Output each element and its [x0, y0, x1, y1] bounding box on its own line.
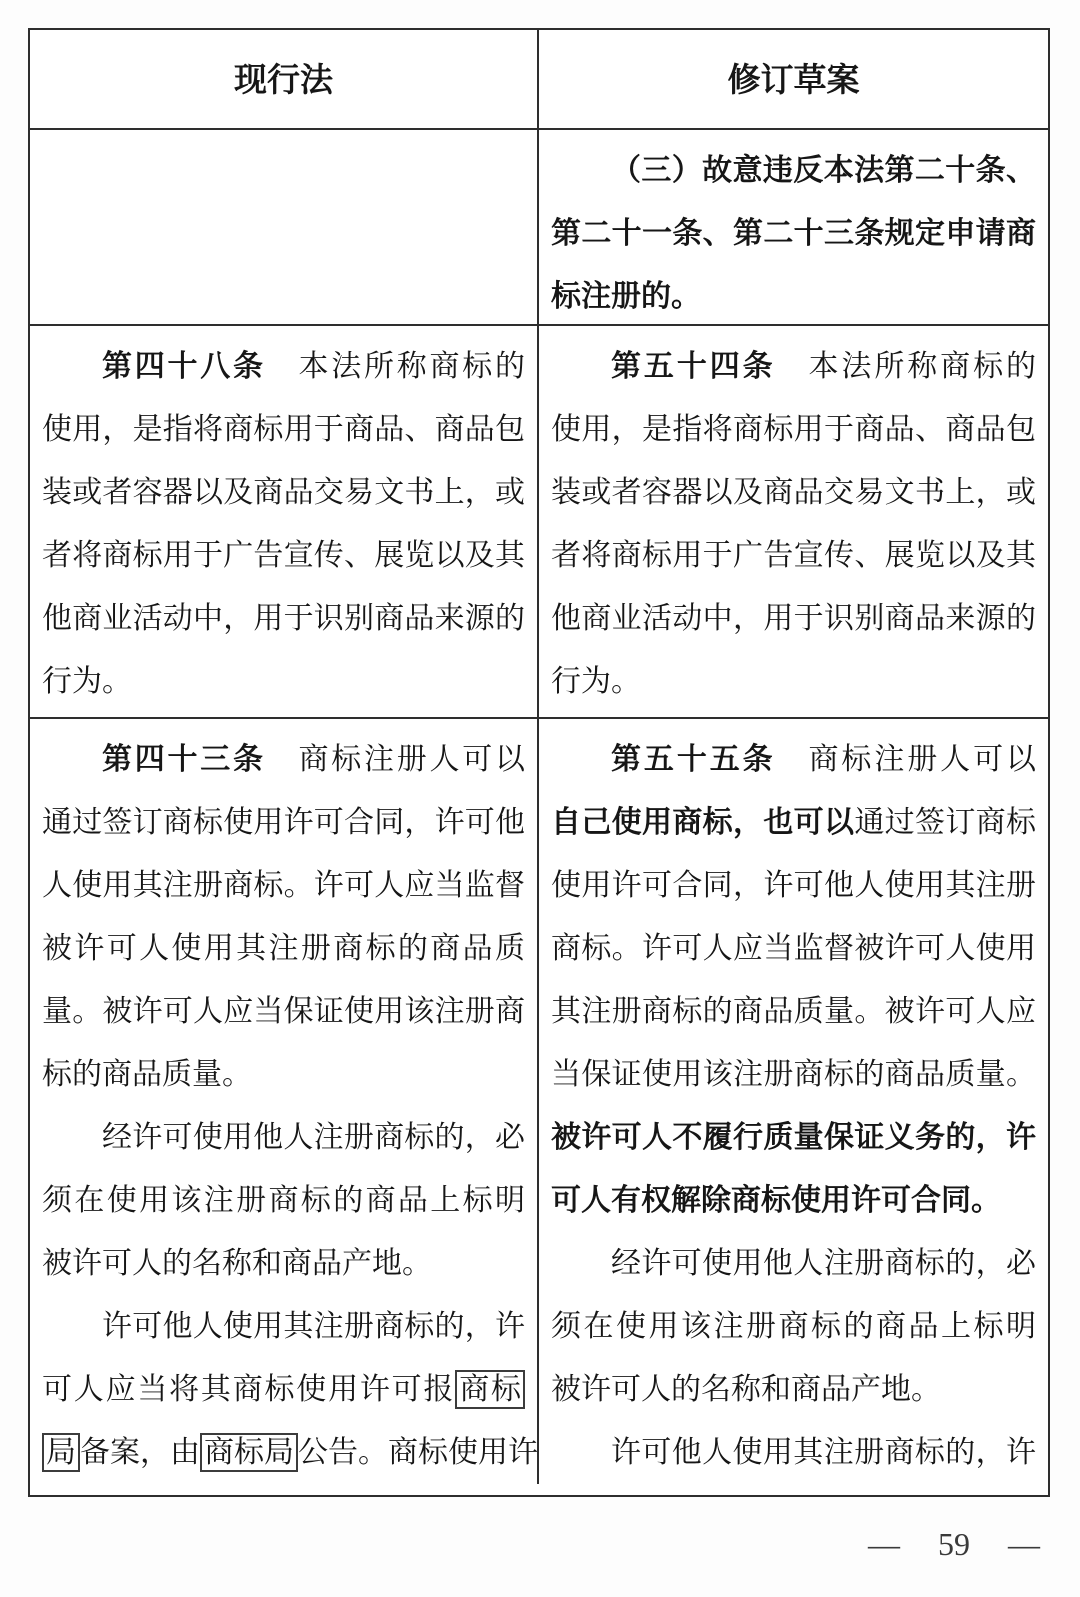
- text-line: 第四十八条 本法所称商标的: [42, 335, 525, 398]
- paragraph: 第五十四条 本法所称商标的使用，是指将商标用于商品、商品包装或者容器以及商品交易…: [551, 335, 1036, 713]
- page-number: 59: [938, 1526, 970, 1563]
- text-line: （三）故意违反本法第二十条、: [551, 139, 1036, 202]
- text-line: 自己使用商标，也可以通过签订商标: [551, 791, 1036, 854]
- text-line: 他商业活动中，用于识别商品来源的: [551, 587, 1036, 650]
- text-run: 许可他人使用其注册商标的，许: [102, 1310, 525, 1343]
- paragraph: （三）故意违反本法第二十条、第二十一条、第二十三条规定申请商标注册的。: [551, 139, 1036, 328]
- text-run: 装或者容器以及商品交易文书上，或: [551, 476, 1036, 509]
- text-line: 当保证使用该注册商标的商品质量。: [551, 1043, 1036, 1106]
- text-run: 当保证使用该注册商标的商品质量。: [551, 1058, 1036, 1091]
- text-line: 第四十三条 商标注册人可以: [42, 728, 525, 791]
- text-line: 装或者容器以及商品交易文书上，或: [551, 461, 1036, 524]
- boxed-deleted-text: 商标局: [200, 1433, 298, 1472]
- text-run: 被许可人的名称和商品产地。: [42, 1247, 432, 1280]
- footer-dash-left: —: [868, 1526, 900, 1563]
- bold-run: 第五十四条: [611, 350, 776, 383]
- text-run: 人使用其注册商标。许可人应当监督: [42, 869, 525, 902]
- text-line: 使用，是指将商标用于商品、商品包: [551, 398, 1036, 461]
- table-row: （三）故意违反本法第二十条、第二十一条、第二十三条规定申请商标注册的。: [30, 130, 1048, 326]
- paragraph: 第四十三条 商标注册人可以通过签订商标使用许可合同，许可他人使用其注册商标。许可…: [42, 728, 525, 1106]
- cell-current-law: 第四十三条 商标注册人可以通过签订商标使用许可合同，许可他人使用其注册商标。许可…: [30, 719, 539, 1484]
- text-run: 本法所称商标的: [776, 350, 1036, 383]
- text-line: 使用许可合同，许可他人使用其注册: [551, 854, 1036, 917]
- table-body: （三）故意违反本法第二十条、第二十一条、第二十三条规定申请商标注册的。第四十八条…: [30, 130, 1048, 1484]
- text-run: 本法所称商标的: [266, 350, 525, 383]
- text-line: 被许可人的名称和商品产地。: [42, 1232, 525, 1295]
- text-run: 行为。: [42, 665, 132, 698]
- text-run: 许可他人使用其注册商标的，许: [611, 1436, 1036, 1469]
- table-row: 第四十八条 本法所称商标的使用，是指将商标用于商品、商品包装或者容器以及商品交易…: [30, 326, 1048, 719]
- text-run: 者将商标用于广告宣传、展览以及其: [42, 539, 525, 572]
- text-run: 使用许可合同，许可他人使用其注册: [551, 869, 1036, 902]
- text-line: 经许可使用他人注册商标的，必: [42, 1106, 525, 1169]
- text-line: 行为。: [551, 650, 1036, 713]
- text-run: 备案，由: [80, 1436, 200, 1469]
- text-line: 可人有权解除商标使用许可合同。: [551, 1169, 1036, 1232]
- text-line: 他商业活动中，用于识别商品来源的: [42, 587, 525, 650]
- bold-run: 第四十八条: [102, 350, 266, 383]
- text-line: 须在使用该注册商标的商品上标明: [551, 1295, 1036, 1358]
- text-line: 被许可人的名称和商品产地。: [551, 1358, 1036, 1421]
- paragraph: 第五十五条 商标注册人可以自己使用商标，也可以通过签订商标使用许可合同，许可他人…: [551, 728, 1036, 1232]
- comparison-table: 现行法 修订草案 （三）故意违反本法第二十条、第二十一条、第二十三条规定申请商标…: [28, 28, 1050, 1497]
- text-line: 第二十一条、第二十三条规定申请商: [551, 202, 1036, 265]
- text-line: 商标。许可人应当监督被许可人使用: [551, 917, 1036, 980]
- text-run: 公告。商标使用许: [298, 1436, 538, 1469]
- bold-run: 第二十一条、第二十三条规定申请商: [551, 217, 1036, 250]
- text-line: 局备案，由商标局公告。商标使用许: [42, 1421, 525, 1484]
- text-line: 第五十四条 本法所称商标的: [551, 335, 1036, 398]
- bold-run: 标注册的。: [551, 280, 701, 313]
- text-run: 通过签订商标使用许可合同，许可他: [42, 806, 525, 839]
- cell-current-law: [30, 130, 539, 324]
- text-run: 装或者容器以及商品交易文书上，或: [42, 476, 525, 509]
- text-line: 使用，是指将商标用于商品、商品包: [42, 398, 525, 461]
- text-line: 者将商标用于广告宣传、展览以及其: [42, 524, 525, 587]
- cell-revised-draft: 第五十五条 商标注册人可以自己使用商标，也可以通过签订商标使用许可合同，许可他人…: [539, 719, 1048, 1484]
- text-run: 经许可使用他人注册商标的，必: [102, 1121, 525, 1154]
- paragraph: 第四十八条 本法所称商标的使用，是指将商标用于商品、商品包装或者容器以及商品交易…: [42, 335, 525, 713]
- text-run: 标的商品质量。: [42, 1058, 252, 1091]
- boxed-deleted-text: 局: [42, 1433, 80, 1472]
- text-line: 标的商品质量。: [42, 1043, 525, 1106]
- paragraph: 许可他人使用其注册商标的，许: [551, 1421, 1036, 1484]
- text-line: 经许可使用他人注册商标的，必: [551, 1232, 1036, 1295]
- text-run: 使用，是指将商标用于商品、商品包: [551, 413, 1036, 446]
- text-run: 行为。: [551, 665, 641, 698]
- text-run: 须在使用该注册商标的商品上标明: [42, 1184, 525, 1217]
- text-run: 他商业活动中，用于识别商品来源的: [551, 602, 1036, 635]
- text-run: 商标注册人可以: [266, 743, 525, 776]
- table-header-row: 现行法 修订草案: [30, 30, 1048, 130]
- text-line: 其注册商标的商品质量。被许可人应: [551, 980, 1036, 1043]
- text-run: 商标注册人可以: [776, 743, 1036, 776]
- text-line: 被许可人使用其注册商标的商品质: [42, 917, 525, 980]
- boxed-deleted-text: 商标: [455, 1370, 525, 1409]
- cell-revised-draft: 第五十四条 本法所称商标的使用，是指将商标用于商品、商品包装或者容器以及商品交易…: [539, 326, 1048, 717]
- text-run: 经许可使用他人注册商标的，必: [611, 1247, 1036, 1280]
- text-run: 使用，是指将商标用于商品、商品包: [42, 413, 525, 446]
- text-run: 他商业活动中，用于识别商品来源的: [42, 602, 525, 635]
- paragraph: 经许可使用他人注册商标的，必须在使用该注册商标的商品上标明被许可人的名称和商品产…: [42, 1106, 525, 1295]
- text-run: 可人应当将其商标使用许可报: [42, 1373, 455, 1406]
- text-line: 量。被许可人应当保证使用该注册商: [42, 980, 525, 1043]
- text-run: 其注册商标的商品质量。被许可人应: [551, 995, 1036, 1028]
- text-line: 被许可人不履行质量保证义务的，许: [551, 1106, 1036, 1169]
- bold-run: 第四十三条: [102, 743, 266, 776]
- text-line: 许可他人使用其注册商标的，许: [42, 1295, 525, 1358]
- page-footer: — 59 —: [868, 1526, 1040, 1563]
- cell-revised-draft: （三）故意违反本法第二十条、第二十一条、第二十三条规定申请商标注册的。: [539, 130, 1048, 324]
- bold-run: 被许可人不履行质量保证义务的，许: [551, 1121, 1036, 1154]
- bold-run: 自己使用商标，也可以: [551, 806, 854, 839]
- paragraph: 许可他人使用其注册商标的，许可人应当将其商标使用许可报商标局备案，由商标局公告。…: [42, 1295, 525, 1484]
- header-cell-current-law: 现行法: [30, 30, 539, 128]
- header-cell-revised-draft: 修订草案: [539, 30, 1048, 128]
- text-line: 标注册的。: [551, 265, 1036, 328]
- text-line: 行为。: [42, 650, 525, 713]
- bold-run: 可人有权解除商标使用许可合同。: [551, 1184, 1001, 1217]
- text-run: 商标。许可人应当监督被许可人使用: [551, 932, 1036, 965]
- text-run: 者将商标用于广告宣传、展览以及其: [551, 539, 1036, 572]
- text-run: 须在使用该注册商标的商品上标明: [551, 1310, 1036, 1343]
- bold-run: 第五十五条: [611, 743, 776, 776]
- text-line: 者将商标用于广告宣传、展览以及其: [551, 524, 1036, 587]
- text-line: 许可他人使用其注册商标的，许: [551, 1421, 1036, 1484]
- text-line: 第五十五条 商标注册人可以: [551, 728, 1036, 791]
- document-page: { "table": { "header": { "left": "现行法", …: [0, 0, 1080, 1597]
- text-line: 可人应当将其商标使用许可报商标: [42, 1358, 525, 1421]
- text-run: 通过签订商标: [854, 806, 1036, 839]
- text-line: 通过签订商标使用许可合同，许可他: [42, 791, 525, 854]
- table-row: 第四十三条 商标注册人可以通过签订商标使用许可合同，许可他人使用其注册商标。许可…: [30, 719, 1048, 1484]
- text-line: 装或者容器以及商品交易文书上，或: [42, 461, 525, 524]
- cell-current-law: 第四十八条 本法所称商标的使用，是指将商标用于商品、商品包装或者容器以及商品交易…: [30, 326, 539, 717]
- footer-dash-right: —: [1008, 1526, 1040, 1563]
- text-run: 被许可人的名称和商品产地。: [551, 1373, 941, 1406]
- text-run: 被许可人使用其注册商标的商品质: [42, 932, 525, 965]
- paragraph: 经许可使用他人注册商标的，必须在使用该注册商标的商品上标明被许可人的名称和商品产…: [551, 1232, 1036, 1421]
- text-line: 须在使用该注册商标的商品上标明: [42, 1169, 525, 1232]
- text-run: 量。被许可人应当保证使用该注册商: [42, 995, 525, 1028]
- text-line: 人使用其注册商标。许可人应当监督: [42, 854, 525, 917]
- bold-run: （三）故意违反本法第二十条、: [611, 154, 1036, 187]
